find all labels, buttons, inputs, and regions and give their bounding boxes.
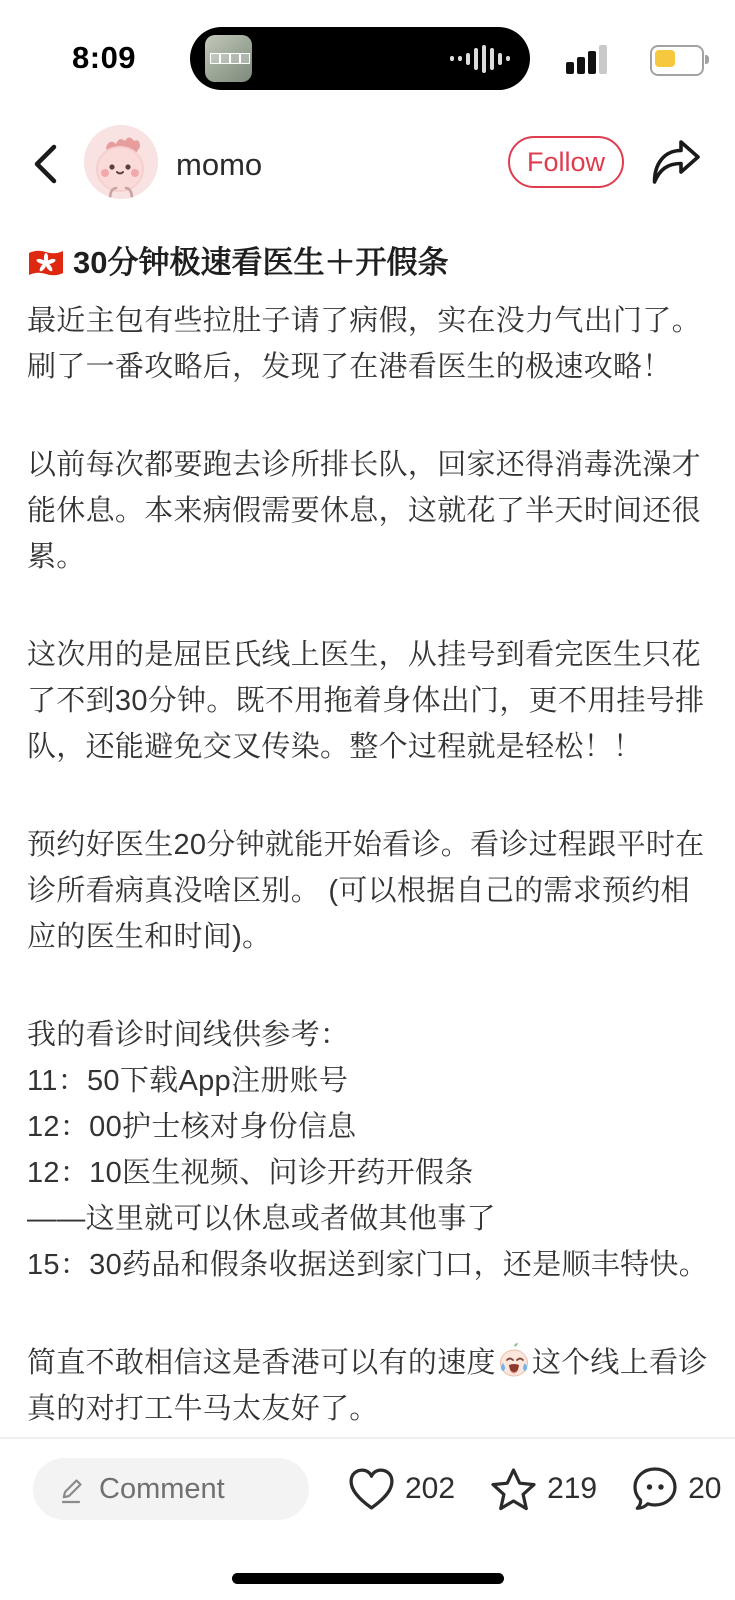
post-closing-paragraph: 简直不敢相信这是香港可以有的速度 这个线上看诊真的对打工牛马太友好了。 bbox=[27, 1340, 708, 1432]
post-title-text: 30分钟极速看医生＋开假条 bbox=[73, 240, 448, 286]
timeline-line: 我的看诊时间线供参考： bbox=[27, 1012, 708, 1058]
now-playing-album-art bbox=[205, 35, 252, 82]
dynamic-island[interactable] bbox=[190, 27, 530, 90]
like-button[interactable]: 202 bbox=[347, 1467, 455, 1512]
chevron-left-icon bbox=[32, 143, 58, 185]
share-arrow-icon bbox=[650, 138, 702, 188]
star-icon bbox=[489, 1466, 538, 1512]
screen: 8:09 bbox=[0, 0, 735, 1600]
comment-count: 20 bbox=[688, 1472, 721, 1506]
home-indicator[interactable] bbox=[232, 1573, 504, 1584]
timeline-line: ——这里就可以休息或者做其他事了 bbox=[27, 1196, 708, 1242]
bottom-bar-divider bbox=[0, 1437, 735, 1439]
favorite-button[interactable]: 219 bbox=[489, 1466, 597, 1512]
audio-waveform-icon bbox=[450, 27, 510, 90]
closing-text-before: 简直不敢相信这是香港可以有的速度 bbox=[27, 1347, 496, 1379]
comments-button[interactable]: 20 bbox=[631, 1466, 721, 1512]
share-button[interactable] bbox=[650, 138, 702, 188]
timeline-line: 12：10医生视频、问诊开药开假条 bbox=[27, 1150, 708, 1196]
hong-kong-flag-icon bbox=[27, 249, 65, 277]
like-count: 202 bbox=[405, 1472, 455, 1506]
battery-icon bbox=[650, 45, 704, 76]
crying-face-emoji-icon bbox=[496, 1343, 532, 1379]
follow-button[interactable]: Follow bbox=[508, 136, 624, 188]
post-paragraph: 最近主包有些拉肚子请了病假，实在没力气出门了。刷了一番攻略后，发现了在港看医生的… bbox=[27, 298, 708, 390]
cellular-signal-icon bbox=[566, 44, 607, 74]
clock-text: 8:09 bbox=[72, 40, 136, 76]
back-button[interactable] bbox=[32, 143, 58, 185]
timeline-line: 15：30药品和假条收据送到家门口，还是顺丰特快。 bbox=[27, 1242, 708, 1288]
post-paragraph: 以前每次都要跑去诊所排长队，回家还得消毒洗澡才能休息。本来病假需要休息，这就花了… bbox=[27, 442, 708, 580]
username[interactable]: momo bbox=[176, 147, 262, 183]
post-title: 30分钟极速看医生＋开假条 bbox=[27, 240, 708, 286]
timeline-line: 12：00护士核对身份信息 bbox=[27, 1104, 708, 1150]
post-paragraph: 预约好医生20分钟就能开始看诊。看诊过程跟平时在诊所看病真没啥区别。 (可以根据… bbox=[27, 822, 708, 960]
comment-bubble-icon bbox=[631, 1466, 679, 1512]
post-content: 30分钟极速看医生＋开假条 最近主包有些拉肚子请了病假，实在没力气出门了。刷了一… bbox=[27, 240, 708, 1432]
avatar-character-icon bbox=[84, 125, 158, 199]
comment-input[interactable]: Comment bbox=[33, 1458, 309, 1520]
post-paragraph: 这次用的是屈臣氏线上医生，从挂号到看完医生只花了不到30分钟。既不用拖着身体出门… bbox=[27, 632, 708, 770]
heart-icon bbox=[347, 1467, 396, 1512]
favorite-count: 219 bbox=[547, 1472, 597, 1506]
action-bar: 202 219 20 bbox=[347, 1458, 722, 1520]
timeline-block: 我的看诊时间线供参考： 11：50下载App注册账号 12：00护士核对身份信息… bbox=[27, 1012, 708, 1288]
avatar[interactable] bbox=[84, 125, 158, 199]
comment-placeholder: Comment bbox=[99, 1473, 225, 1506]
pencil-icon bbox=[59, 1475, 86, 1504]
timeline-line: 11：50下载App注册账号 bbox=[27, 1058, 708, 1104]
